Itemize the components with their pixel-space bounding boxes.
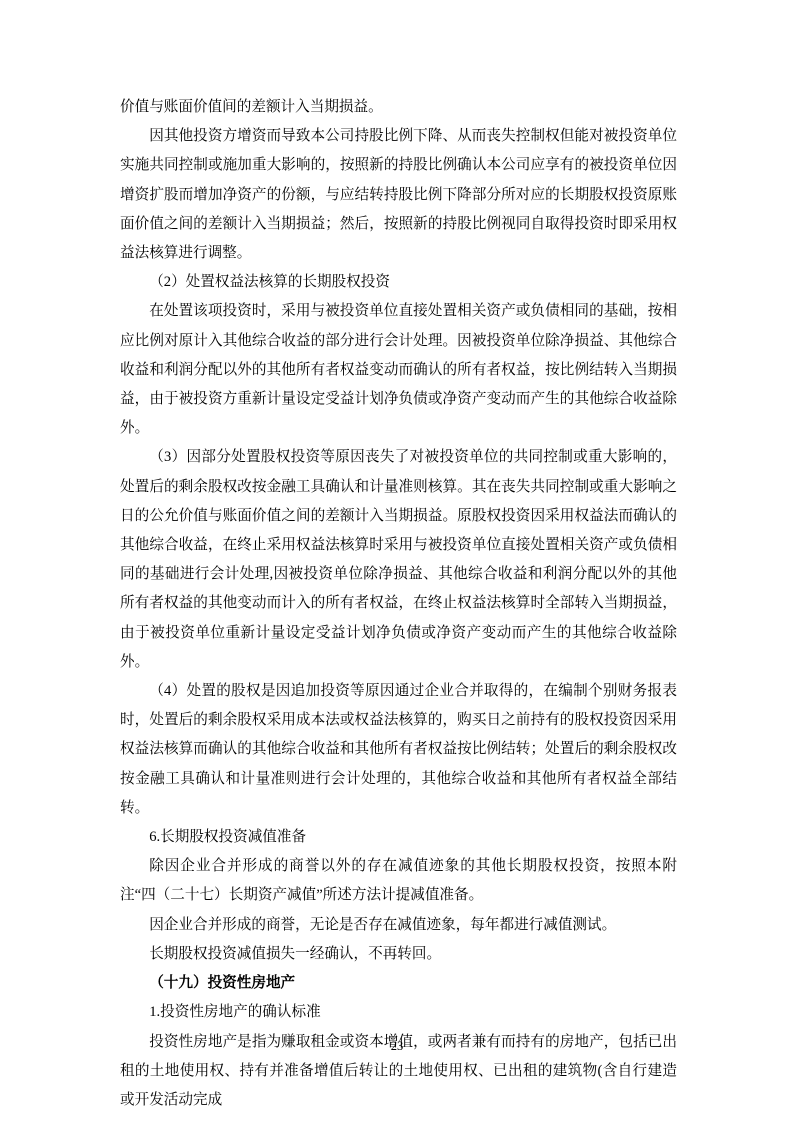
list-item-2-heading: （2）处置权益法核算的长期股权投资 [120,268,677,297]
paragraph: 除因企业合并形成的商誉以外的存在减值迹象的其他长期股权投资，按照本附注“四（二十… [120,852,677,910]
page-number: 23 [0,1036,794,1056]
subsection-heading-1: 1.投资性房地产的确认标准 [120,998,677,1027]
page-body: 价值与账面价值间的差额计入当期损益。 因其他投资方增资而导致本公司持股比例下降、… [120,93,677,1115]
paragraph: （4）处置的股权是因追加投资等原因通过企业合并取得的，在编制个别财务报表时，处置… [120,677,677,823]
section-heading-19: （十九）投资性房地产 [120,969,677,998]
paragraph: 因其他投资方增资而导致本公司持股比例下降、从而丧失控制权但能对被投资单位实施共同… [120,122,677,268]
paragraph: 在处置该项投资时，采用与被投资单位直接处置相关资产或负债相同的基础，按相应比例对… [120,297,677,443]
paragraph: 长期股权投资减值损失一经确认，不再转回。 [120,940,677,969]
document-page: 价值与账面价值间的差额计入当期损益。 因其他投资方增资而导致本公司持股比例下降、… [0,0,794,1122]
subsection-heading-6: 6.长期股权投资减值准备 [120,823,677,852]
paragraph: 因企业合并形成的商誉，无论是否存在减值迹象，每年都进行减值测试。 [120,911,677,940]
paragraph: （3）因部分处置股权投资等原因丧失了对被投资单位的共同控制或重大影响的，处置后的… [120,443,677,677]
paragraph-continuation: 价值与账面价值间的差额计入当期损益。 [120,93,677,122]
